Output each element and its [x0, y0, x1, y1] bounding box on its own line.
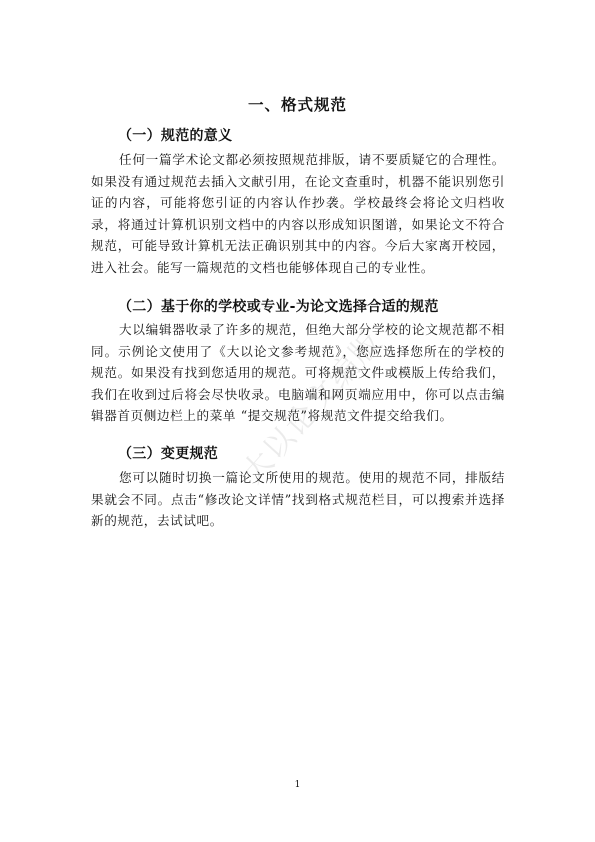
- section-body-3: 您可以随时切换一篇论文所使用的规范。使用的规范不同，排版结果就会不同。点击“修改…: [91, 467, 505, 532]
- section-heading-2: （二）基于你的学校或专业-为论文选择合适的规范: [118, 296, 439, 316]
- section-heading-3: （三）变更规范: [118, 443, 218, 463]
- section-body-2: 大以编辑器收录了许多的规范，但绝大部分学校的论文规范都不相同。示例论文使用了《大…: [91, 319, 505, 427]
- page-title: 一、格式规范: [0, 93, 595, 115]
- document-page: 一、格式规范 （一）规范的意义 任何一篇学术论文都必须按照规范排版，请不要质疑它…: [0, 0, 595, 842]
- page-number: 1: [0, 780, 595, 790]
- section-heading-1: （一）规范的意义: [118, 125, 232, 145]
- section-body-1: 任何一篇学术论文都必须按照规范排版，请不要质疑它的合理性。如果没有通过规范去插入…: [91, 149, 505, 279]
